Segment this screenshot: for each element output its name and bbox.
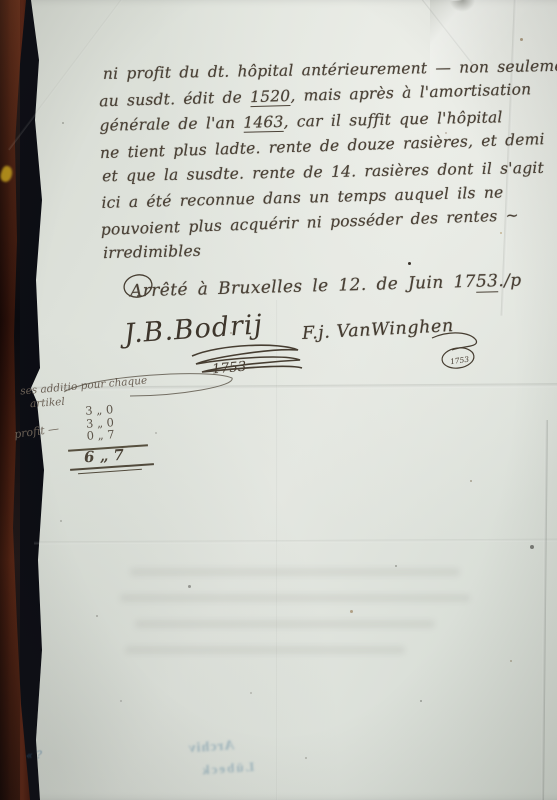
speck bbox=[530, 545, 534, 549]
speck bbox=[62, 122, 64, 124]
speck bbox=[470, 480, 472, 482]
margin-note-figures: 3 „ 03 „ 00 „ 7 bbox=[85, 403, 115, 442]
speck bbox=[188, 585, 191, 588]
book-binding-highlight bbox=[0, 0, 20, 800]
speck bbox=[60, 520, 62, 522]
speck bbox=[510, 660, 512, 662]
handwritten-body-text: ni profit du dt. hôpital antérieurement … bbox=[99, 55, 553, 264]
signature-right-paraph bbox=[430, 330, 486, 374]
margin-note-total: 6 „ 7 bbox=[83, 446, 124, 467]
speck bbox=[120, 700, 122, 702]
photo-of-manuscript: { "document": { "body_lines": [ {"segmen… bbox=[0, 0, 557, 800]
margin-note-row: 0 „ 7 bbox=[86, 428, 115, 442]
speck bbox=[250, 692, 252, 694]
speck bbox=[520, 38, 523, 41]
speck bbox=[96, 615, 98, 617]
blue-ink-mark: « ? bbox=[26, 747, 67, 764]
speck bbox=[155, 432, 157, 434]
speck bbox=[305, 757, 307, 759]
paraph-oval-flourish bbox=[60, 366, 240, 400]
speck bbox=[230, 332, 232, 334]
archive-stamp-bleedthrough: Archiv Lübeck bbox=[102, 737, 255, 799]
speck bbox=[445, 132, 447, 134]
speck bbox=[395, 565, 397, 567]
stamp-line2: Lübeck bbox=[104, 759, 255, 785]
speck bbox=[420, 700, 422, 702]
speck bbox=[500, 232, 502, 234]
ink-dot bbox=[408, 262, 411, 265]
speck bbox=[350, 610, 353, 613]
